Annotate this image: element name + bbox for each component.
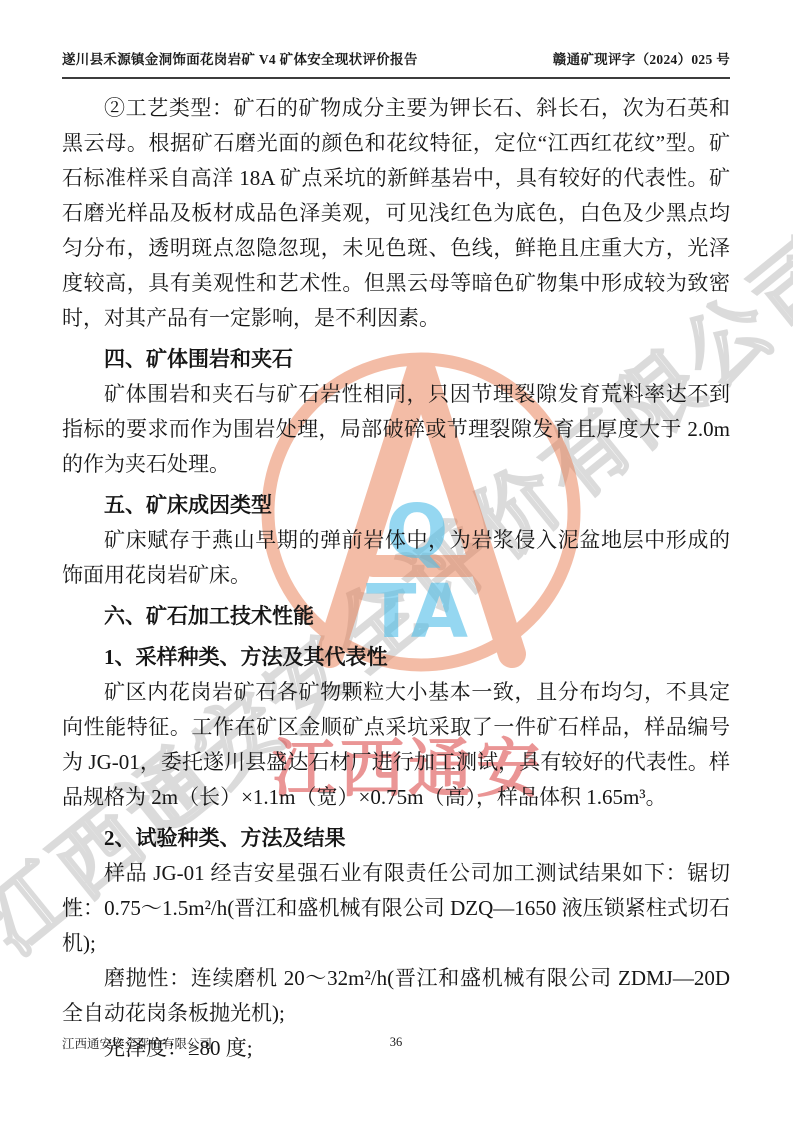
paragraph-polishability: 磨抛性：连续磨机 20～32m²/h(晋江和盛机械有限公司 ZDMJ—20D 全… xyxy=(62,961,730,1031)
header-report-title: 遂川县禾源镇金洞饰面花岗岩矿 V4 矿体安全现状评价报告 xyxy=(62,48,418,68)
subsection-heading-sampling: 1、采样种类、方法及其代表性 xyxy=(62,640,730,675)
paragraph-sampling: 矿区内花岗岩矿石各矿物颗粒大小基本一致，且分布均匀，不具定向性能特征。工作在矿区… xyxy=(62,675,730,815)
paragraph-sawability: 样品 JG-01 经吉安星强石业有限责任公司加工测试结果如下：锯切性：0.75～… xyxy=(62,856,730,961)
section-heading-6: 六、矿石加工技术性能 xyxy=(62,599,730,634)
footer-page-number: 36 xyxy=(62,1035,730,1050)
paragraph-surrounding-rock: 矿体围岩和夹石与矿石岩性相同，只因节理裂隙发育荒料率达不到指标的要求而作为围岩处… xyxy=(62,377,730,482)
subsection-heading-tests: 2、试验种类、方法及结果 xyxy=(62,821,730,856)
paragraph-process-type: ②工艺类型：矿石的矿物成分主要为钾长石、斜长石，次为石英和黑云母。根据矿石磨光面… xyxy=(62,91,730,336)
header-doc-number: 赣通矿现评字（2024）025 号 xyxy=(553,48,730,68)
report-body: ②工艺类型：矿石的矿物成分主要为钾长石、斜长石，次为石英和黑云母。根据矿石磨光面… xyxy=(62,91,730,1066)
document-page: 江西通安安全评价有限公司 Q TA 江西通安 遂川县禾源镇金洞饰面花岗岩矿 V4… xyxy=(0,0,793,1122)
section-heading-4: 四、矿体围岩和夹石 xyxy=(62,342,730,377)
paragraph-deposit-genesis: 矿床赋存于燕山早期的弹前岩体中，为岩浆侵入泥盆地层中形成的饰面用花岗岩矿床。 xyxy=(62,523,730,593)
section-heading-5: 五、矿床成因类型 xyxy=(62,488,730,523)
page-header: 遂川县禾源镇金洞饰面花岗岩矿 V4 矿体安全现状评价报告 赣通矿现评字（2024… xyxy=(62,48,730,79)
page-content: 遂川县禾源镇金洞饰面花岗岩矿 V4 矿体安全现状评价报告 赣通矿现评字（2024… xyxy=(0,0,793,1122)
